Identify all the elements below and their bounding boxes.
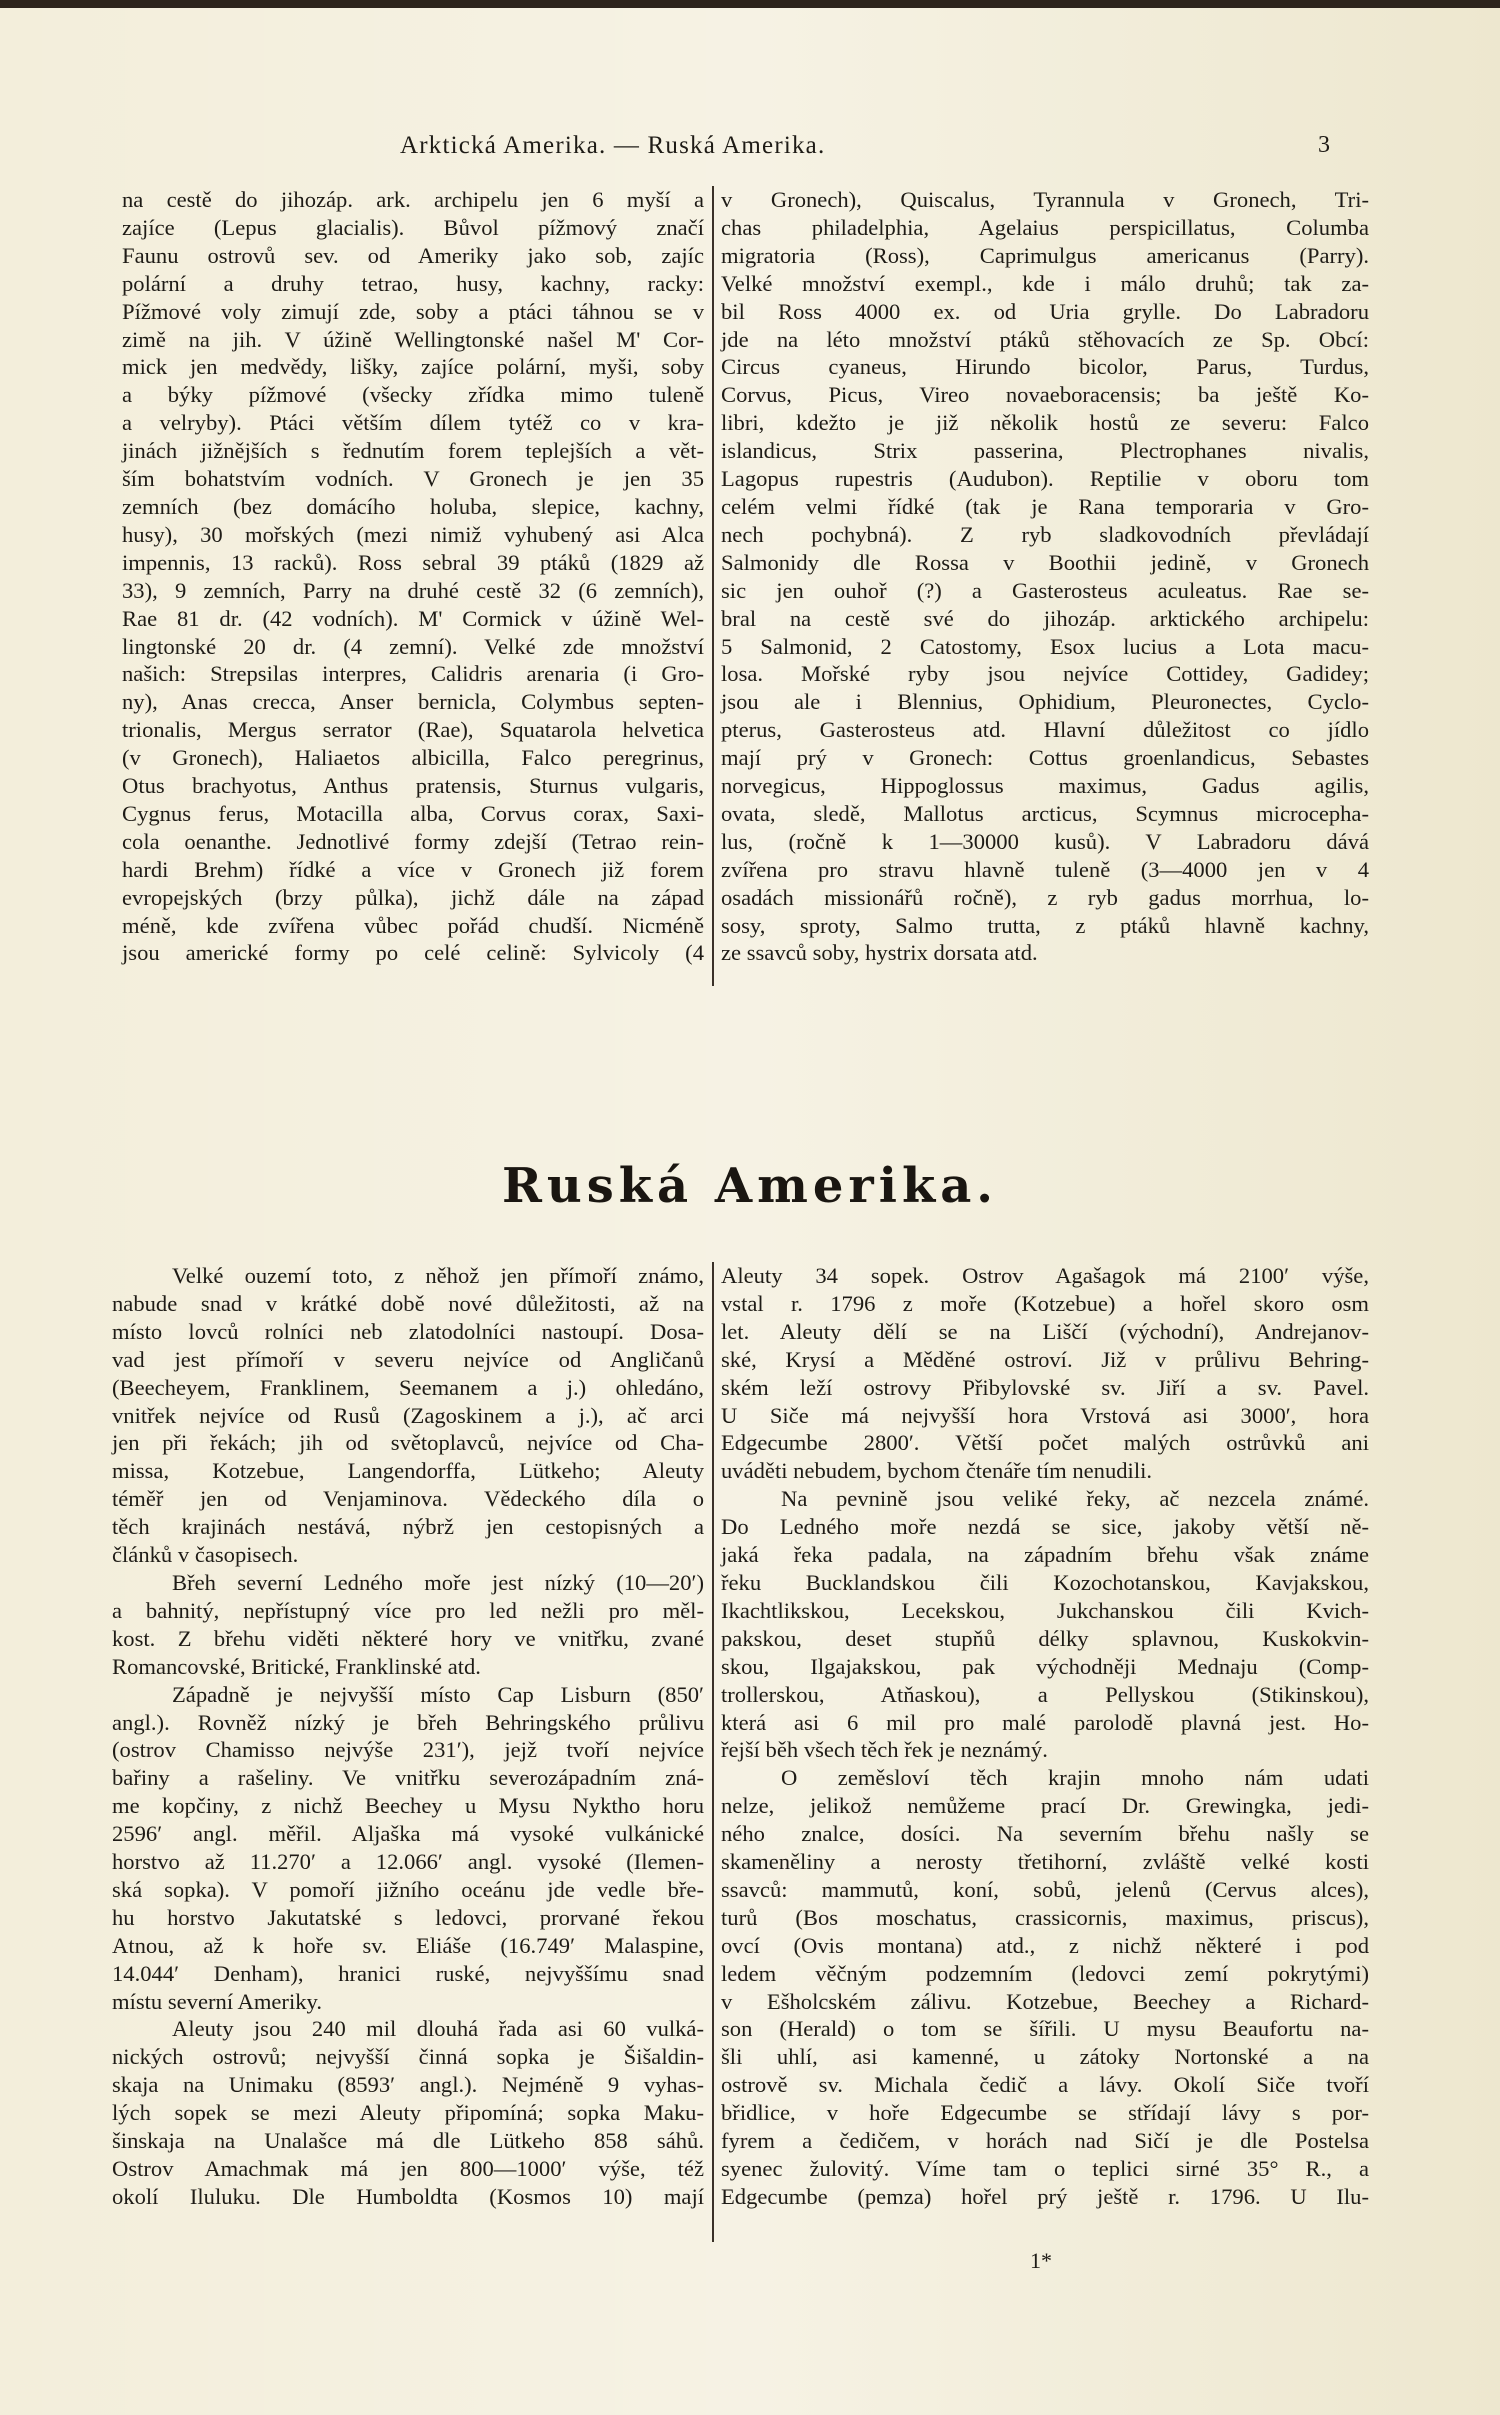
text-line: šinskaja na Unalašce má dle Lütkeho 858 … bbox=[112, 2127, 704, 2155]
text-line: Velké množství exempl., kde i málo druhů… bbox=[721, 270, 1369, 298]
text-line: místu severní Ameriky. bbox=[112, 1988, 704, 2016]
text-line: téměř jen od Venjaminova. Vědeckého díla… bbox=[112, 1485, 704, 1513]
text-line: místo lovců rolníci neb zlatodolníci nas… bbox=[112, 1318, 704, 1346]
text-line: celém velmi řídké (tak je Rana temporari… bbox=[721, 493, 1369, 521]
text-line: Západně je nejvyšší místo Cap Lisburn (8… bbox=[112, 1681, 704, 1709]
text-line: a býky pížmové (všecky zřídka mimo tulen… bbox=[122, 381, 704, 409]
text-line: vad jest přímoří v severu nejvíce od Ang… bbox=[112, 1346, 704, 1374]
text-line: vnitřek nejvíce od Rusů (Zagoskinem a j.… bbox=[112, 1402, 704, 1430]
text-line: sic jen ouhoř (?) a Gasterosteus aculeat… bbox=[721, 577, 1369, 605]
text-line: lých sopek se mezi Aleuty připomíná; sop… bbox=[112, 2099, 704, 2127]
text-line: lingtonské 20 dr. (4 zemní). Velké zde m… bbox=[122, 633, 704, 661]
text-line: nických ostrovů; nejvyšší činná sopka je… bbox=[112, 2043, 704, 2071]
text-line: bral na cestě své do jihozáp. arktického… bbox=[721, 605, 1369, 633]
text-line: pterus, Gasterosteus atd. Hlavní důležit… bbox=[721, 716, 1369, 744]
text-line: Edgecumbe (pemza) hořel prý ještě r. 179… bbox=[721, 2183, 1369, 2211]
text-line: jinách jižnějších s řednutím forem teple… bbox=[122, 437, 704, 465]
text-line: a velryby). Ptáci větším dílem tytéž co … bbox=[122, 409, 704, 437]
text-line: lus, (ročně k 1—30000 kusů). V Labradoru… bbox=[721, 828, 1369, 856]
text-line: U Siče má nejvyšší hora Vrstová asi 3000… bbox=[721, 1402, 1369, 1430]
text-line: nech pochybná). Z ryb sladkovodních přev… bbox=[721, 521, 1369, 549]
text-line: libri, kdežto je již několik hostů ze se… bbox=[721, 409, 1369, 437]
text-line: zajíce (Lepus glacialis). Bůvol pížmový … bbox=[122, 214, 704, 242]
text-line: která asi 6 mil pro malé parolodě plavná… bbox=[721, 1709, 1369, 1737]
text-line: (Beecheyem, Franklinem, Seemanem a j.) o… bbox=[112, 1374, 704, 1402]
text-line: hu horstvo Jakutatské s ledovci, prorvan… bbox=[112, 1904, 704, 1932]
text-line: jde na léto množství ptáků stěhovacích z… bbox=[721, 326, 1369, 354]
text-line: v Gronech), Quiscalus, Tyrannula v Grone… bbox=[721, 186, 1369, 214]
text-line: a bahnitý, nepřístupný více pro led nežl… bbox=[112, 1597, 704, 1625]
text-line: bil Ross 4000 ex. od Uria grylle. Do Lab… bbox=[721, 298, 1369, 326]
text-line: missa, Kotzebue, Langendorffa, Lütkeho; … bbox=[112, 1457, 704, 1485]
text-line: méně, kde zvířena vůbec pořád chudší. Ni… bbox=[122, 912, 704, 940]
text-line: Circus cyaneus, Hirundo bicolor, Parus, … bbox=[721, 353, 1369, 381]
scan-top-edge bbox=[0, 0, 1500, 8]
bottom-right-column: Aleuty 34 sopek. Ostrov Agašagok má 2100… bbox=[721, 1262, 1369, 2211]
text-line: polární a druhy tetrao, husy, kachny, ra… bbox=[122, 270, 704, 298]
text-line: zemních (bez domácího holuba, slepice, k… bbox=[122, 493, 704, 521]
text-line: našich: Strepsilas interpres, Calidris a… bbox=[122, 660, 704, 688]
text-line: losa. Mořské ryby jsou nejvíce Cottidey,… bbox=[721, 660, 1369, 688]
text-line: impennis, 13 racků). Ross sebral 39 pták… bbox=[122, 549, 704, 577]
text-line: jaká řeka padala, na západním břehu však… bbox=[721, 1541, 1369, 1569]
text-line: Faunu ostrovů sev. od Ameriky jako sob, … bbox=[122, 242, 704, 270]
text-line: chas philadelphia, Agelaius perspicillat… bbox=[721, 214, 1369, 242]
text-line: ším bohatstvím vodních. V Gronech je jen… bbox=[122, 465, 704, 493]
text-line: cola oenanthe. Jednotlivé formy zdejší (… bbox=[122, 828, 704, 856]
text-line: ného znalce, dosíci. Na severním břehu n… bbox=[721, 1820, 1369, 1848]
text-line: pakskou, deset stupňů délky splavnou, Ku… bbox=[721, 1625, 1369, 1653]
text-line: nelze, jelikož nemůžeme prací Dr. Grewin… bbox=[721, 1792, 1369, 1820]
text-line: migratoria (Ross), Caprimulgus americanu… bbox=[721, 242, 1369, 270]
text-line: Břeh severní Ledného moře jest nízký (10… bbox=[112, 1569, 704, 1597]
text-line: let. Aleuty dělí se na Liščí (východní),… bbox=[721, 1318, 1369, 1346]
text-line: Atnou, až k hoře sv. Eliáše (16.749′ Mal… bbox=[112, 1932, 704, 1960]
text-line: Salmonidy dle Rossa v Boothii jedině, v … bbox=[721, 549, 1369, 577]
text-line: ské, Krysí a Měděné ostroví. Již v průli… bbox=[721, 1346, 1369, 1374]
text-line: 33), 9 zemních, Parry na druhé cestě 32 … bbox=[122, 577, 704, 605]
text-line: Na pevnině jsou veliké řeky, ač nezcela … bbox=[721, 1485, 1369, 1513]
text-line: Aleuty 34 sopek. Ostrov Agašagok má 2100… bbox=[721, 1262, 1369, 1290]
text-line: trionalis, Mergus serrator (Rae), Squata… bbox=[122, 716, 704, 744]
text-line: zimě na jih. V úžině Wellingtonské našel… bbox=[122, 326, 704, 354]
text-line: Ikachtlikskou, Lecekskou, Jukchanskou či… bbox=[721, 1597, 1369, 1625]
text-line: v Ešholcském zálivu. Kotzebue, Beechey a… bbox=[721, 1988, 1369, 2016]
text-line: okolí Iluluku. Dle Humboldta (Kosmos 10)… bbox=[112, 2183, 704, 2211]
text-line: Do Ledného moře nezdá se sice, jakoby vě… bbox=[721, 1513, 1369, 1541]
page-number: 3 bbox=[1318, 132, 1330, 159]
top-right-column: v Gronech), Quiscalus, Tyrannula v Grone… bbox=[721, 186, 1369, 967]
text-line: kost. Z břehu viděti některé hory ve vni… bbox=[112, 1625, 704, 1653]
text-line: fyrem a čedičem, v horách nad Sičí je dl… bbox=[721, 2127, 1369, 2155]
text-line: řeku Bucklandskou čili Kozochotanskou, K… bbox=[721, 1569, 1369, 1597]
text-line: islandicus, Strix passerina, Plectrophan… bbox=[721, 437, 1369, 465]
text-line: Cygnus ferus, Motacilla alba, Corvus cor… bbox=[122, 800, 704, 828]
text-line: článků v časopisech. bbox=[112, 1541, 704, 1569]
top-left-column: na cestě do jihozáp. ark. archipelu jen … bbox=[122, 186, 704, 967]
text-line: ském leží ostrovy Přibylovské sv. Jiří a… bbox=[721, 1374, 1369, 1402]
text-line: Velké ouzemí toto, z něhož jen přímoří z… bbox=[112, 1262, 704, 1290]
column-divider-bottom bbox=[712, 1262, 714, 2242]
text-line: 5 Salmonid, 2 Catostomy, Esox lucius a L… bbox=[721, 633, 1369, 661]
text-line: skaja na Unimaku (8593′ angl.). Nejméně … bbox=[112, 2071, 704, 2099]
text-line: Lagopus rupestris (Audubon). Reptilie v … bbox=[721, 465, 1369, 493]
text-line: jen při řekách; jih od světoplavců, nejv… bbox=[112, 1429, 704, 1457]
section-title: Ruská Amerika. bbox=[0, 1158, 1500, 1214]
text-line: trollerskou, Atňaskou), a Pellyskou (Sti… bbox=[721, 1681, 1369, 1709]
text-line: nabude snad v krátké době nové důležitos… bbox=[112, 1290, 704, 1318]
text-line: husy), 30 mořských (mezi nimiž vyhubený … bbox=[122, 521, 704, 549]
text-line: bařiny a rašeliny. Ve vnitřku severozápa… bbox=[112, 1764, 704, 1792]
text-line: ze ssavců soby, hystrix dorsata atd. bbox=[721, 939, 1369, 967]
text-line: vstal r. 1796 z moře (Kotzebue) a hořel … bbox=[721, 1290, 1369, 1318]
text-line: 2596′ angl. měřil. Aljaška má vysoké vul… bbox=[112, 1820, 704, 1848]
text-line: skou, Ilgajakskou, pak východněji Mednaj… bbox=[721, 1653, 1369, 1681]
text-line: syenec žulovitý. Víme tam o teplici sirn… bbox=[721, 2155, 1369, 2183]
text-line: na cestě do jihozáp. ark. archipelu jen … bbox=[122, 186, 704, 214]
text-line: ostrově sv. Michala čedič a lávy. Okolí … bbox=[721, 2071, 1369, 2099]
text-line: zvířena pro stravu hlavně tuleně (3—4000… bbox=[721, 856, 1369, 884]
text-line: šli uhlí, asi kamenné, u zátoky Nortonsk… bbox=[721, 2043, 1369, 2071]
text-line: těch krajinách nestává, nýbrž jen cestop… bbox=[112, 1513, 704, 1541]
text-line: ssavců: mammutů, koní, sobů, jelenů (Cer… bbox=[721, 1876, 1369, 1904]
text-line: horstvo až 11.270′ a 12.066′ angl. vysok… bbox=[112, 1848, 704, 1876]
text-line: Romancovské, Britické, Franklinské atd. bbox=[112, 1653, 704, 1681]
text-line: son (Herald) o tom se šířili. U mysu Bea… bbox=[721, 2015, 1369, 2043]
text-line: (v Gronech), Haliaetos albicilla, Falco … bbox=[122, 744, 704, 772]
text-line: Pížmové voly zimují zde, soby a ptáci tá… bbox=[122, 298, 704, 326]
text-line: jsou americké formy po celé celině: Sylv… bbox=[122, 939, 704, 967]
text-line: ovata, sledě, Mallotus arcticus, Scymnus… bbox=[721, 800, 1369, 828]
text-line: angl.). Rovněž nízký je břeh Behringskéh… bbox=[112, 1709, 704, 1737]
text-line: Ostrov Amachmak má jen 800—1000′ výše, t… bbox=[112, 2155, 704, 2183]
bottom-left-column: Velké ouzemí toto, z něhož jen přímoří z… bbox=[112, 1262, 704, 2211]
text-line: 14.044′ Denham), hranici ruské, nejvyšší… bbox=[112, 1960, 704, 1988]
printer-signature: 1* bbox=[1030, 2248, 1052, 2274]
text-line: ská sopka). V pomoří jižního oceánu jde … bbox=[112, 1876, 704, 1904]
text-line: jsou ale i Blennius, Ophidium, Pleuronec… bbox=[721, 688, 1369, 716]
text-line: Aleuty jsou 240 mil dlouhá řada asi 60 v… bbox=[112, 2015, 704, 2043]
text-line: břidlice, v hoře Edgecumbe se střídají l… bbox=[721, 2099, 1369, 2127]
text-line: skameněliny a nerosty třetihorní, zvlášt… bbox=[721, 1848, 1369, 1876]
text-line: sosy, sproty, Salmo trutta, z ptáků hlav… bbox=[721, 912, 1369, 940]
text-line: Edgecumbe 2800′. Větší počet malých ostr… bbox=[721, 1429, 1369, 1457]
text-line: ledem věčným podzemním (ledovci zemí pok… bbox=[721, 1960, 1369, 1988]
text-line: Corvus, Picus, Vireo novaeboracensis; ba… bbox=[721, 381, 1369, 409]
text-line: Otus brachyotus, Anthus pratensis, Sturn… bbox=[122, 772, 704, 800]
text-line: hardi Brehm) řídké a více v Gronech již … bbox=[122, 856, 704, 884]
text-line: me kopčiny, z nichž Beechey u Mysu Nykth… bbox=[112, 1792, 704, 1820]
text-line: mají prý v Gronech: Cottus groenlandicus… bbox=[721, 744, 1369, 772]
text-line: Rae 81 dr. (42 vodních). M' Cormick v úž… bbox=[122, 605, 704, 633]
text-line: uváděti nebudem, bychom čtenáře tím nenu… bbox=[721, 1457, 1369, 1485]
text-line: mick jen medvědy, lišky, zajíce polární,… bbox=[122, 353, 704, 381]
text-line: ovcí (Ovis montana) atd., z nichž někter… bbox=[721, 1932, 1369, 1960]
text-line: evropejských (brzy půlka), jichž dále na… bbox=[122, 884, 704, 912]
text-line: ny), Anas crecca, Anser bernicla, Colymb… bbox=[122, 688, 704, 716]
text-line: norvegicus, Hippoglossus maximus, Gadus … bbox=[721, 772, 1369, 800]
text-line: turů (Bos moschatus, crassicornis, maxim… bbox=[721, 1904, 1369, 1932]
text-line: řejší běh všech těch řek je neznámý. bbox=[721, 1736, 1369, 1764]
text-line: O zeměsloví těch krajin mnoho nám udati bbox=[721, 1764, 1369, 1792]
running-head: Arktická Amerika. — Ruská Amerika. bbox=[400, 132, 1050, 160]
text-line: (ostrov Chamisso nejvýše 231′), jejž tvo… bbox=[112, 1736, 704, 1764]
text-line: osadách missionářů ročně), z ryb gadus m… bbox=[721, 884, 1369, 912]
column-divider-top bbox=[712, 186, 714, 986]
